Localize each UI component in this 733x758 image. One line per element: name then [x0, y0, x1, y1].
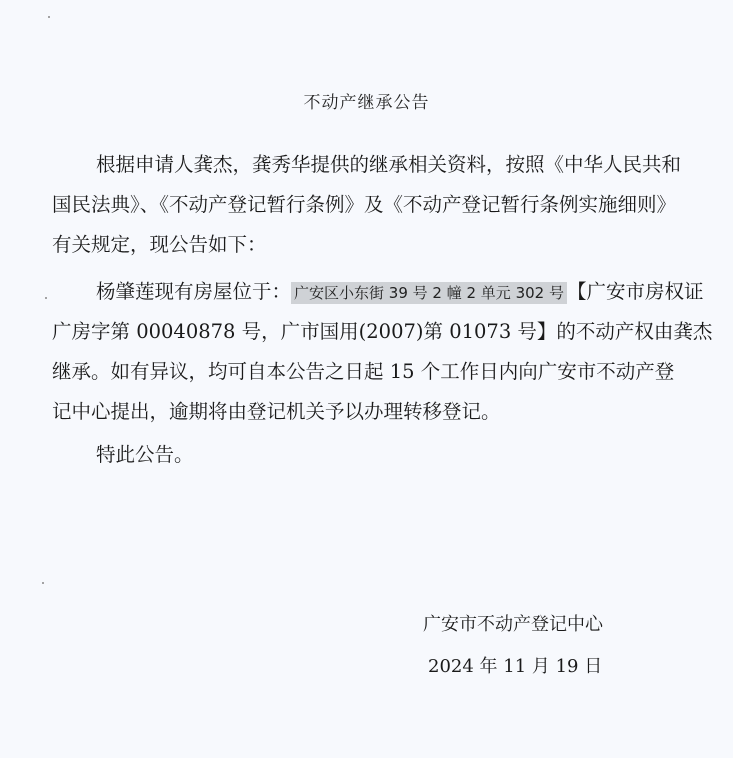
paragraph-2-line-4: 记中心提出，逾期将由登记机关予以办理转移登记。: [52, 400, 501, 424]
paragraph-1-line-1: 根据申请人龚杰，龚秀华提供的继承相关资料，按照《中华人民共和: [96, 153, 681, 177]
paragraph-2-line-1: 杨肇莲现有房屋位于：广安区小东街 39 号 2 幢 2 单元 302 号【广安市…: [96, 280, 703, 305]
paragraph-2-line-2: 广房字第 00040878 号，广市国用(2007)第 01073 号】的不动产…: [52, 320, 712, 344]
paragraph-1-line-2: 国民法典》、《不动产登记暂行条例》及《不动产登记暂行条例实施细则》: [52, 193, 676, 217]
closing-text: 特此公告。: [96, 443, 194, 467]
address-highlight: 广安区小东街 39 号 2 幢 2 单元 302 号: [291, 282, 567, 304]
signature-organization: 广安市不动产登记中心: [423, 610, 603, 636]
signature-date: 2024 年 11 月 19 日: [428, 652, 602, 678]
paragraph-1-line-3: 有关规定，现公告如下：: [52, 233, 267, 257]
scan-speck: [48, 16, 50, 18]
scan-speck: [45, 297, 47, 299]
paragraph-2-prefix: 杨肇莲现有房屋位于：: [96, 280, 291, 303]
paragraph-2-line-3: 继承。如有异议，均可自本公告之日起 15 个工作日内向广安市不动产登: [52, 360, 674, 384]
document-page: 不动产继承公告 根据申请人龚杰，龚秀华提供的继承相关资料，按照《中华人民共和 国…: [0, 0, 733, 758]
paragraph-2-suffix: 【广安市房权证: [567, 280, 704, 303]
scan-speck: [42, 582, 44, 584]
document-title: 不动产继承公告: [0, 88, 733, 113]
